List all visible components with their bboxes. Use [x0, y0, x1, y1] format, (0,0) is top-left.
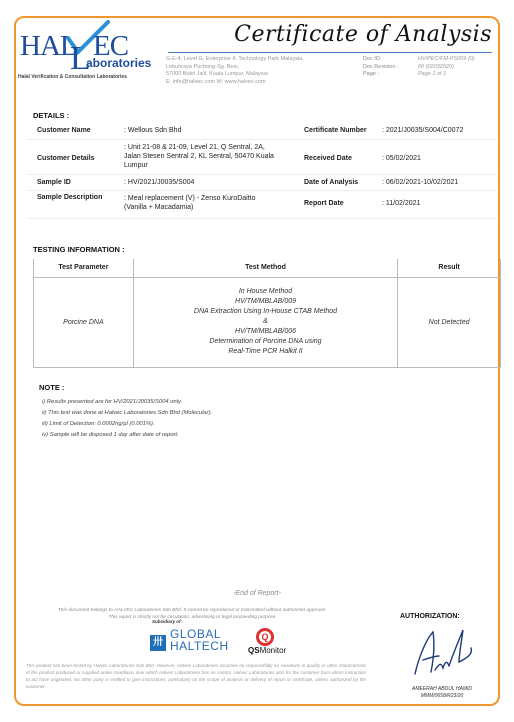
doc-revision-value: 00 (02032020): [418, 64, 454, 72]
note-item: iv) Sample will be disposed 1 day after …: [42, 430, 212, 441]
liability-disclaimer: This product has been tested by Halvec L…: [26, 662, 366, 690]
global-haltech-logo: 卅 GLOBAL HALTECH: [150, 627, 240, 653]
lab-address: G-E-4, Level G, Enterprise 4, Technology…: [166, 56, 304, 86]
page-value: Page 1 of 1: [418, 71, 446, 79]
authorizer: AMEERAH ABDUL HAMID MMM/0658/R23/20: [392, 686, 492, 700]
details-row: Sample ID : HV/2021/J0035/S004 Date of A…: [27, 175, 497, 191]
testing-heading: TESTING INFORMATION :: [33, 245, 125, 254]
certificate-number-value: : 2021/J0035/S004/C0072: [382, 126, 463, 135]
title-divider: [168, 52, 492, 53]
page-label: Page :: [363, 71, 418, 79]
address-line: Lebuhraya Puchong-Sg. Besi,: [166, 64, 304, 72]
logo-tagline: Halal Verification & Consultation Labora…: [18, 74, 127, 80]
details-row: Customer Details : Unit 21-08 & 21-09, L…: [27, 140, 497, 175]
subsidiary-label: Subsidiary of:: [152, 619, 182, 624]
address-contact: E: info@halvec.com W: www.halvec.com: [166, 79, 304, 87]
note-item: i) Results presented are for HV/2021/J00…: [42, 397, 212, 408]
notes-heading: NOTE :: [39, 383, 64, 392]
column-test-method: Test Method: [133, 259, 397, 277]
doc-id-value: HV/PEC/FM-PS009 (0): [418, 56, 475, 64]
note-item: ii) This test was done at Halvec Laborat…: [42, 408, 212, 419]
sample-id-value: : HV/2021/J0035/S004: [124, 178, 194, 187]
authorizer-name: AMEERAH ABDUL HAMID: [392, 686, 492, 693]
page-title: Certificate of Analysis: [234, 22, 492, 47]
address-line: G-E-4, Level G, Enterprise 4, Technology…: [166, 56, 304, 64]
report-date-label: Report Date: [304, 200, 344, 207]
table-row: Porcine DNA In House Method HV/TM/MBLAB/…: [34, 277, 501, 367]
doc-info: Doc ID:HV/PEC/FM-PS009 (0) Doc Revision …: [363, 56, 475, 79]
received-date-value: : 05/02/2021: [382, 154, 421, 163]
test-parameter-cell: Porcine DNA: [34, 277, 134, 367]
doc-id-label: Doc ID:: [363, 56, 418, 64]
end-of-report: -End of Report-: [0, 590, 514, 597]
doc-revision-label: Doc Revision :: [363, 64, 418, 72]
testing-table: Test Parameter Test Method Result Porcin…: [33, 259, 501, 368]
customer-name-label: Customer Name: [37, 127, 91, 134]
date-of-analysis-label: Date of Analysis: [304, 179, 358, 186]
certificate-number-label: Certificate Number: [304, 127, 367, 134]
qs-monitor-icon: Q: [256, 628, 274, 646]
details-row: Sample Description : Meal replacement (V…: [27, 191, 497, 219]
authorization-heading: AUTHORIZATION:: [400, 613, 460, 620]
sample-description-label: Sample Description: [37, 194, 102, 201]
customer-name-value: : Wellous Sdn Bhd: [124, 126, 181, 135]
note-item: iii) Limit of Detection: 0.0002ng/µl (0.…: [42, 419, 212, 430]
global-haltech-icon: 卅: [150, 635, 166, 651]
address-line: 57000 Bukit Jalil, Kuala Lumpur, Malaysi…: [166, 71, 304, 79]
customer-details-value: : Unit 21-08 & 21-09, Level 21, Q Sentra…: [124, 143, 274, 170]
received-date-label: Received Date: [304, 155, 352, 162]
date-of-analysis-value: : 06/02/2021-10/02/2021: [382, 178, 458, 187]
report-date-value: : 11/02/2021: [382, 199, 420, 208]
authorizer-reg-no: MMM/0658/R23/20: [392, 693, 492, 700]
ownership-disclaimer: This document belongs to HALVEC Laborato…: [22, 607, 362, 621]
column-result: Result: [398, 259, 501, 277]
details-row: Customer Name : Wellous Sdn Bhd Certific…: [27, 123, 497, 140]
sample-description-value: : Meal replacement (V) - Zenso KuroDaitt…: [124, 194, 256, 212]
halvec-logo: HAL EC L aboratories Halal Verification …: [18, 20, 153, 82]
qs-monitor-logo: Q QSMonitor: [248, 628, 288, 656]
logo-text-laboratories: aboratories: [86, 56, 151, 70]
result-cell: Not Detected: [398, 277, 501, 367]
column-test-parameter: Test Parameter: [34, 259, 134, 277]
customer-details-label: Customer Details: [37, 155, 95, 162]
sample-id-label: Sample ID: [37, 179, 71, 186]
notes-list: i) Results presented are for HV/2021/J00…: [42, 397, 212, 441]
signature-icon: [405, 626, 480, 681]
details-heading: DETAILS :: [33, 111, 69, 120]
test-method-cell: In House Method HV/TM/MBLAB/009 DNA Extr…: [133, 277, 397, 367]
